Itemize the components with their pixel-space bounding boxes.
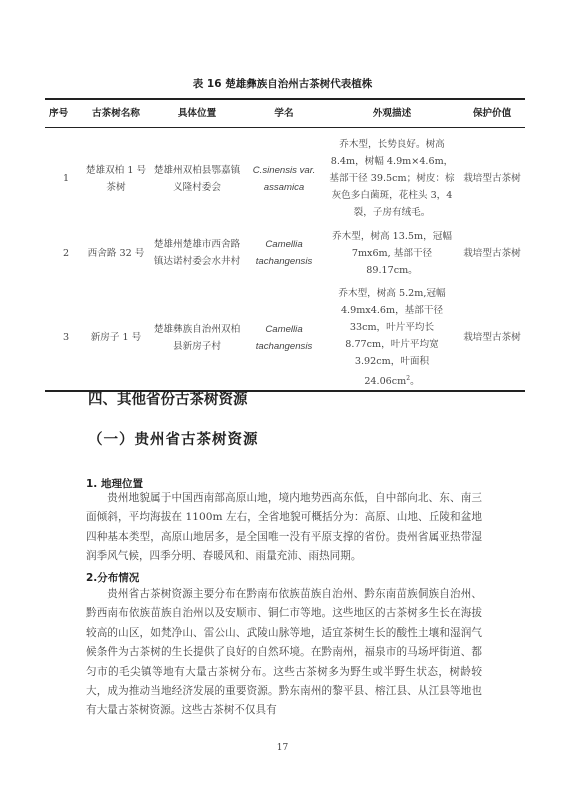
header-description: 外观描述 — [325, 99, 459, 128]
cell-value: 栽培型古茶树 — [459, 128, 525, 222]
description-text: 乔木型，树高 5.2m,冠幅 4.9mx4.6m，基部干径 33cm，叶片平均长… — [338, 288, 445, 387]
cell-latin: Camellia tachangensis — [243, 221, 325, 285]
header-value: 保护价值 — [459, 99, 525, 128]
header-location: 具体位置 — [151, 99, 243, 128]
table-row: 2 西舍路 32 号 楚雄州楚雄市西舍路镇达诺村委会水井村 Camellia t… — [45, 221, 525, 285]
table-row: 1 楚雄双柏 1 号茶树 楚雄州双柏县鄂嘉镇义隆村委会 C.sinensis v… — [45, 128, 525, 222]
header-name: 古茶树名称 — [81, 99, 151, 128]
cell-seq: 2 — [45, 221, 81, 285]
cell-location: 楚雄彝族自治州双柏县新房子村 — [151, 285, 243, 391]
paragraph-distribution: 贵州省古茶树资源主要分布在黔南布依族苗族自治州、黔东南苗族侗族自治州、黔西南布依… — [86, 585, 482, 721]
cell-latin: Camellia tachangensis — [243, 285, 325, 391]
table-caption: 表 16 楚雄彝族自治州古茶树代表植株 — [0, 76, 565, 91]
cell-latin: C.sinensis var. assamica — [243, 128, 325, 222]
cell-description: 乔木型，长势良好。树高 8.4m，树幅 4.9m×4.6m，基部干径 39.5c… — [325, 128, 459, 222]
header-seq: 序号 — [45, 99, 81, 128]
paragraph-geography: 贵州地貌属于中国西南部高原山地，境内地势西高东低，自中部向北、东、南三面倾斜，平… — [86, 489, 482, 567]
cell-name: 新房子 1 号 — [81, 285, 151, 391]
cell-seq: 3 — [45, 285, 81, 391]
cell-value: 栽培型古茶树 — [459, 285, 525, 391]
cell-location: 楚雄州楚雄市西舍路镇达诺村委会水井村 — [151, 221, 243, 285]
cell-description: 乔木型，树高 13.5m，冠幅 7mx6m, 基部干径 89.17cm。 — [325, 221, 459, 285]
cell-value: 栽培型古茶树 — [459, 221, 525, 285]
ancient-tea-tree-table: 序号 古茶树名称 具体位置 学名 外观描述 保护价值 1 楚雄双柏 1 号茶树 … — [45, 98, 525, 392]
table-header-row: 序号 古茶树名称 具体位置 学名 外观描述 保护价值 — [45, 99, 525, 128]
subsection-heading: （一）贵州省古茶树资源 — [88, 428, 259, 449]
table-row: 3 新房子 1 号 楚雄彝族自治州双柏县新房子村 Camellia tachan… — [45, 285, 525, 391]
cell-location: 楚雄州双柏县鄂嘉镇义隆村委会 — [151, 128, 243, 222]
cell-description: 乔木型，树高 5.2m,冠幅 4.9mx4.6m，基部干径 33cm，叶片平均长… — [325, 285, 459, 391]
part-heading-distribution: 2.分布情况 — [86, 570, 139, 585]
section-heading: 四、其他省份古茶树资源 — [88, 388, 248, 409]
cell-name: 楚雄双柏 1 号茶树 — [81, 128, 151, 222]
cell-seq: 1 — [45, 128, 81, 222]
page-number: 17 — [0, 743, 565, 753]
cell-name: 西舍路 32 号 — [81, 221, 151, 285]
description-end: 。 — [410, 376, 420, 387]
header-latin: 学名 — [243, 99, 325, 128]
